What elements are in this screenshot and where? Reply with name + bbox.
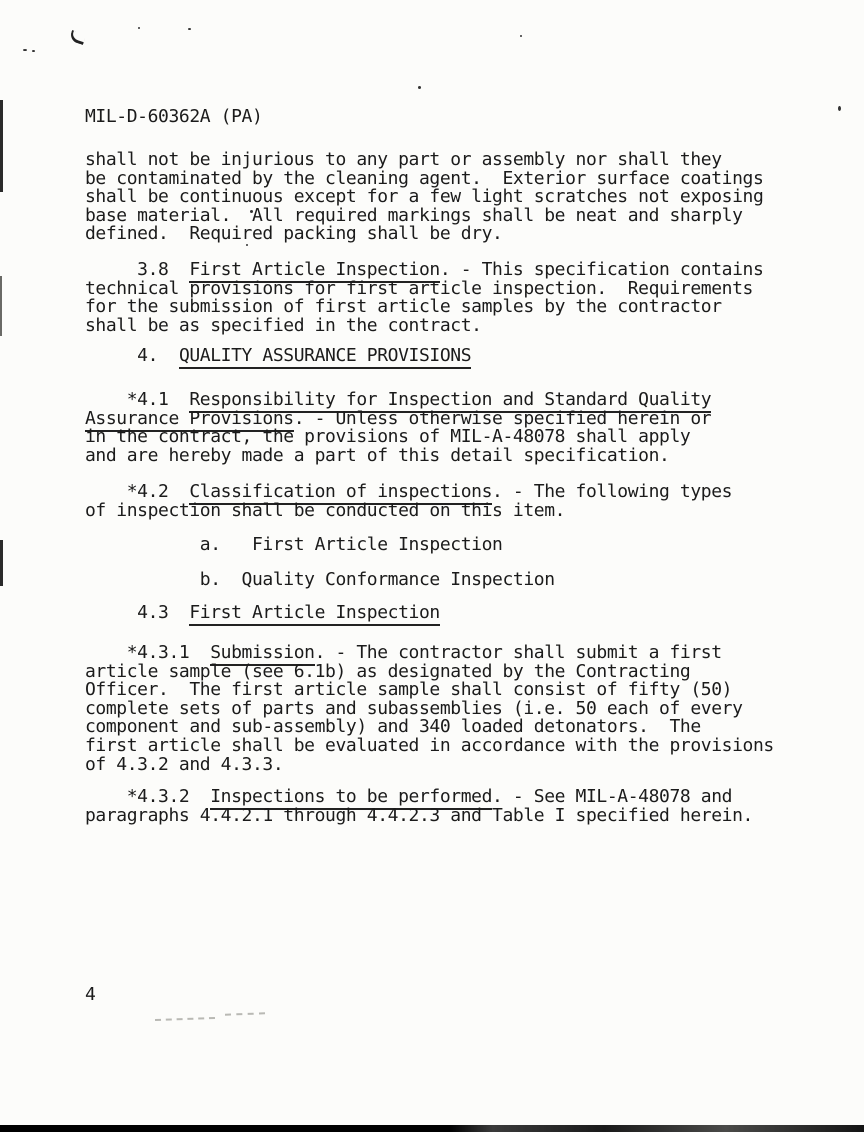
scan-speck bbox=[23, 49, 27, 51]
section-number: 4. bbox=[85, 345, 179, 366]
paragraph-4-3-1: *4.3.1 Submission. - The contractor shal… bbox=[85, 644, 774, 774]
scan-speck bbox=[138, 27, 140, 29]
scan-squiggle-artifact bbox=[69, 30, 87, 45]
heading-4-3: 4.3 First Article Inspection bbox=[85, 604, 440, 623]
scan-speck bbox=[188, 28, 191, 30]
paragraph-4-2: *4.2 Classification of inspections. - Th… bbox=[85, 483, 732, 520]
scan-speck bbox=[418, 86, 421, 89]
section-number: *4.1 bbox=[85, 389, 189, 410]
scan-edge-artifact bbox=[0, 100, 3, 192]
paragraph-4-3-2: *4.3.2 Inspections to be performed. - Se… bbox=[85, 788, 753, 825]
scan-edge-artifact bbox=[0, 276, 2, 336]
page-number: 4 bbox=[85, 986, 95, 1005]
scan-speck bbox=[32, 50, 35, 52]
paragraph-3-8: 3.8 First Article Inspection. - This spe… bbox=[85, 261, 763, 335]
paragraph-cleaning-requirements: shall not be injurious to any part or as… bbox=[85, 151, 763, 244]
heading-quality-assurance-provisions: 4. QUALITY ASSURANCE PROVISIONS bbox=[85, 347, 471, 366]
section-title: QUALITY ASSURANCE PROVISIONS bbox=[179, 345, 471, 369]
pencil-mark bbox=[155, 1017, 215, 1021]
pencil-mark bbox=[225, 1012, 265, 1015]
scan-edge-artifact bbox=[0, 540, 3, 586]
section-body: . - The contractor shall submit a first … bbox=[85, 642, 774, 775]
scan-bottom-edge-artifact bbox=[0, 1125, 864, 1132]
section-number: 4.3 bbox=[85, 602, 189, 623]
doc-id-header: MIL-D-60362A (PA) bbox=[85, 108, 262, 127]
paragraph-4-1: *4.1 Responsibility for Inspection and S… bbox=[85, 391, 711, 465]
scan-speck bbox=[246, 244, 248, 246]
scan-speck bbox=[520, 35, 522, 37]
list-item-b: b. Quality Conformance Inspection bbox=[85, 571, 555, 590]
scan-speck bbox=[838, 106, 841, 111]
list-item-a: a. First Article Inspection bbox=[85, 536, 502, 555]
section-title: First Article Inspection bbox=[189, 602, 440, 626]
document-page: MIL-D-60362A (PA) shall not be injurious… bbox=[0, 0, 864, 1132]
